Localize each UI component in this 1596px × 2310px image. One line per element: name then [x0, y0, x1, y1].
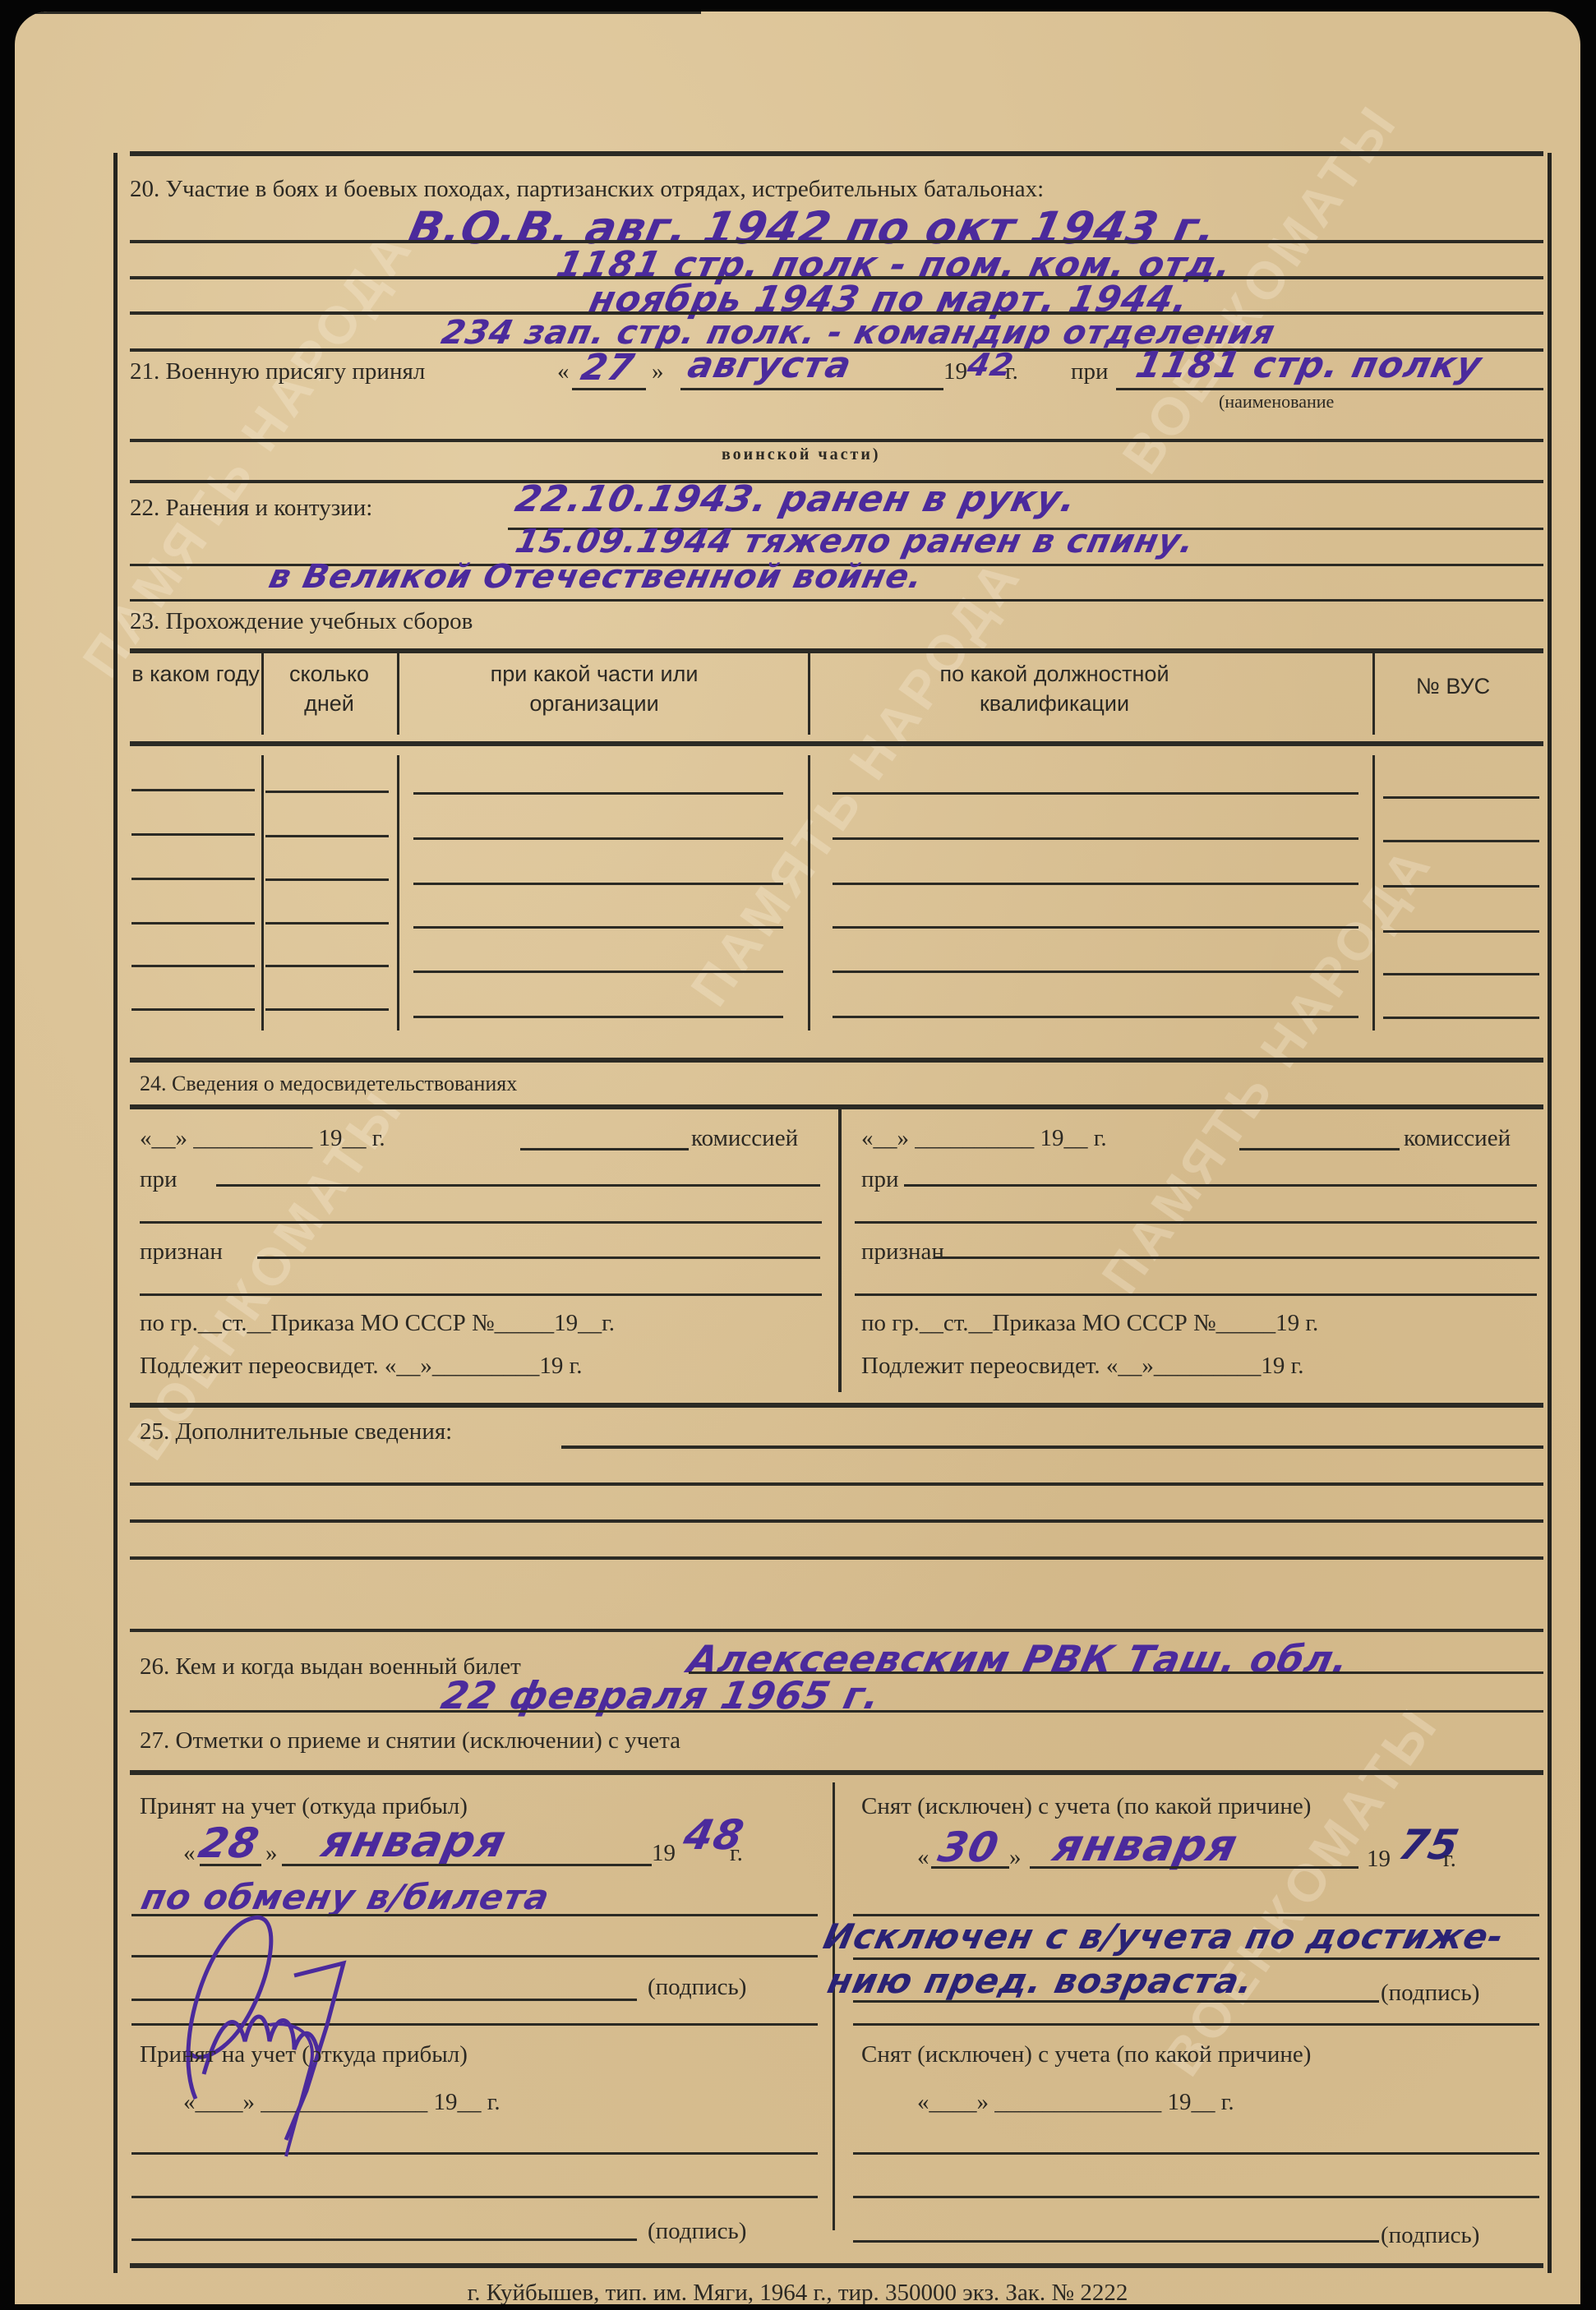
oath-day: 27 [578, 347, 639, 389]
column-divider [397, 755, 399, 1031]
table-cell-line [833, 837, 1358, 840]
table-cell-line [1383, 885, 1539, 888]
writing-line [216, 1184, 820, 1187]
writing-line [15, 12, 701, 14]
writing-line [904, 1184, 1537, 1187]
table-cell-line [413, 792, 783, 795]
accepted-1-month: января [317, 1815, 510, 1867]
removed-1-reason-1: Исключен с в/учета по достиже- [820, 1916, 1508, 1957]
table-cell-line [833, 883, 1358, 885]
writing-line [130, 1519, 1543, 1523]
section-24-label: 24. Сведения о медосвидетельствованиях [140, 1072, 517, 1096]
removed-2-signature-caption: (подпись) [1381, 2222, 1479, 2249]
writing-line [1239, 1148, 1400, 1150]
writing-line [680, 388, 943, 390]
writing-line [131, 2196, 818, 2198]
document-page: ПАМЯТЬ НАРОДА ВОЕНКОМАТЫ ВОЕНКОМАТЫ ПАМЯ… [15, 12, 1580, 2304]
column-divider [1372, 755, 1375, 1031]
writing-line [130, 1556, 1543, 1560]
accepted-1-day: 28 [195, 1819, 264, 1867]
bottom-border [130, 2263, 1543, 2268]
oath-unit: 1181 стр. полку [1132, 344, 1486, 386]
writing-line [853, 2023, 1539, 2026]
writing-line [130, 1710, 1543, 1713]
writing-line [140, 1293, 822, 1296]
writing-line [130, 240, 1543, 243]
column-header-qualification: по какой должностной квалификации [869, 659, 1239, 718]
writing-line [200, 1864, 261, 1866]
table-row [131, 789, 255, 791]
writing-line [1030, 1866, 1358, 1869]
table-cell-line [1383, 840, 1539, 842]
column-header-vus: № ВУС [1379, 671, 1527, 701]
medexam-2-recognized: признан [861, 1238, 944, 1266]
medexam-2-commission: комиссией [1404, 1125, 1511, 1152]
table-cell-line [265, 965, 389, 967]
writing-line [561, 1445, 1543, 1449]
table-cell-line [265, 878, 389, 881]
section-22-label: 22. Ранения и контузии: [130, 495, 372, 522]
accepted-1-year-prefix: 19 [652, 1840, 676, 1867]
accepted-2-date: «____» ______________ 19__ г. [183, 2089, 500, 2116]
table-top-border [130, 648, 1543, 653]
column-divider [833, 1782, 835, 2230]
table-cell-line [265, 922, 389, 924]
top-border [130, 151, 1543, 156]
writing-line [855, 1293, 1537, 1296]
section-20-label: 20. Участие в боях и боевых походах, пар… [130, 176, 1044, 203]
accepted-2-signature-caption: (подпись) [648, 2218, 746, 2245]
quote-open: « [183, 1840, 196, 1867]
writing-line [282, 1864, 652, 1866]
writing-line [935, 1256, 1539, 1259]
removed-1-year-prefix: 19 [1367, 1846, 1391, 1873]
table-cell-line [413, 971, 783, 973]
writing-line [130, 1482, 1543, 1486]
table-cell-line [1383, 930, 1539, 933]
writing-line [853, 2152, 1539, 2155]
section-23-label: 23. Прохождение учебных сборов [130, 608, 473, 635]
medexam-1-recognized: признан [140, 1238, 223, 1266]
removed-1-month: января [1049, 1819, 1242, 1871]
section-divider [130, 1058, 1543, 1063]
medexam-2-at: при [861, 1166, 899, 1193]
quote-close: » [652, 358, 664, 385]
unit-caption: воинской части) [722, 445, 881, 464]
column-divider [808, 755, 810, 1031]
writing-line [130, 1629, 1543, 1632]
table-cell-line [413, 837, 783, 840]
column-divider [808, 652, 810, 735]
table-cell-line [1383, 1017, 1539, 1019]
medexam-2-reexam: Подлежит переосвидет. «__»_________19 г. [861, 1353, 1304, 1380]
table-header-border [130, 741, 1543, 746]
table-cell-line [413, 1016, 783, 1018]
column-divider [838, 1109, 842, 1392]
wound-line-3: в Великой Отечественной войне. [265, 558, 926, 596]
column-header-year: в каком году [130, 659, 261, 689]
column-divider [1372, 652, 1375, 735]
table-row [131, 878, 255, 880]
table-cell-line [1383, 973, 1539, 975]
wound-line-1: 22.10.1943. ранен в руку. [512, 478, 1081, 520]
table-cell-line [833, 971, 1358, 973]
unit-caption: (наименование [1219, 391, 1334, 413]
quote-open: « [557, 358, 570, 385]
writing-line [130, 439, 1543, 442]
removed-2-label: Снят (исключен) с учета (по какой причин… [861, 2041, 1311, 2068]
writing-line [853, 2240, 1379, 2243]
table-row [131, 833, 255, 836]
section-divider [130, 1403, 1543, 1408]
table-cell-line [265, 791, 389, 793]
section-divider [130, 1104, 1543, 1109]
writing-line [572, 388, 646, 390]
removed-1-day: 30 [934, 1824, 1003, 1871]
medexam-2-date: «__» __________ 19__ г. [861, 1125, 1107, 1152]
removed-1-reason-2: нию пред. возраста. [824, 1961, 1257, 2001]
year-unit: г. [1443, 1846, 1456, 1873]
column-divider [397, 652, 399, 735]
medexam-1-reexam: Подлежит переосвидет. «__»_________19 г. [140, 1353, 583, 1380]
section-25-label: 25. Дополнительные сведения: [140, 1418, 452, 1445]
writing-line [131, 2239, 637, 2241]
year-unit: г. [1005, 358, 1018, 385]
table-cell-line [413, 883, 783, 885]
writing-line [931, 1866, 1009, 1869]
writing-line [257, 1256, 820, 1259]
column-divider [261, 755, 264, 1031]
removed-2-date: «____» ______________ 19__ г. [917, 2089, 1234, 2116]
pen-stroke-icon [261, 2017, 335, 2165]
table-cell-line [833, 792, 1358, 795]
oath-month: августа [685, 344, 856, 386]
writing-line [853, 2000, 1379, 2003]
table-row [131, 1008, 255, 1011]
quote-close: » [265, 1840, 278, 1867]
table-row [131, 965, 255, 967]
removed-1-signature-caption: (подпись) [1381, 1980, 1479, 2007]
removed-1-label: Снят (исключен) с учета (по какой причин… [861, 1793, 1311, 1820]
table-cell-line [833, 1016, 1358, 1018]
printer-imprint: г. Куйбышев, тип. им. Мяги, 1964 г., тир… [15, 2280, 1580, 2304]
accepted-1-signature-caption: (подпись) [648, 1974, 746, 2001]
table-row [131, 922, 255, 924]
section-21-label: 21. Военную присягу принял [130, 358, 425, 385]
writing-line [853, 2196, 1539, 2198]
medexam-1-date: «__» __________ 19__ г. [140, 1125, 385, 1152]
writing-line [855, 1221, 1537, 1224]
medexam-2-order: по гр.__ст.__Приказа МО СССР №_____19 г. [861, 1310, 1318, 1337]
at-label: при [1071, 358, 1109, 385]
quote-close: » [1009, 1844, 1022, 1871]
section-27-label: 27. Отметки о приеме и снятии (исключени… [140, 1727, 680, 1754]
table-cell-line [833, 926, 1358, 929]
medexam-1-commission: комиссией [691, 1125, 798, 1152]
writing-line [520, 1148, 689, 1150]
column-header-unit: при какой части или организации [442, 659, 746, 718]
table-cell-line [1383, 796, 1539, 799]
writing-line [853, 1957, 1539, 1960]
quote-open: « [917, 1844, 929, 1871]
column-header-days: сколько дней [265, 659, 393, 718]
year-unit: г. [730, 1840, 743, 1867]
medexam-1-order: по гр.__ст.__Приказа МО СССР №_____19__г… [140, 1310, 615, 1337]
table-cell-line [265, 835, 389, 837]
writing-line [130, 599, 1543, 602]
section-divider [130, 1770, 1543, 1775]
column-divider [261, 652, 264, 735]
writing-line [1116, 388, 1543, 390]
table-cell-line [413, 926, 783, 929]
writing-line [131, 2152, 818, 2155]
wound-line-2: 15.09.1944 тяжело ранен в спину. [512, 523, 1198, 560]
table-cell-line [265, 1008, 389, 1011]
writing-line [140, 1221, 822, 1224]
medexam-1-at: при [140, 1166, 178, 1193]
